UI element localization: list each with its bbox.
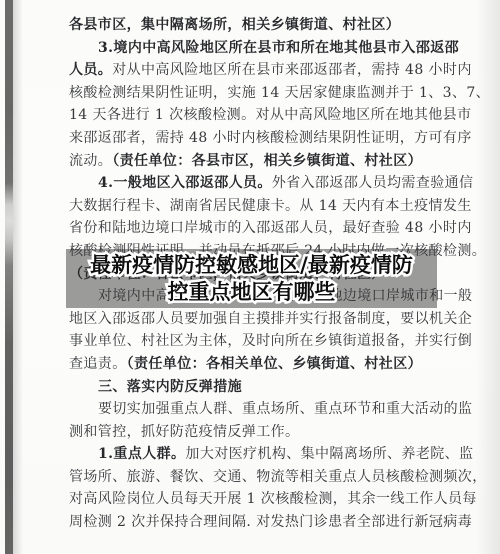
text-segment: （责任单位：各县市区，相关乡镇街道、村社区） xyxy=(112,153,422,169)
text-segment: 加大对医疗机构、集中隔离场所、养老院、监 xyxy=(185,446,473,462)
photo-left-edge-shadow xyxy=(13,0,23,554)
text-segment: 来邵返邵者，需持 48 小时内核酸检测结果阴性证明，方可有序 xyxy=(69,130,472,146)
headline-line-1-text: 最新疫情防控敏感地区/最新疫情防 xyxy=(90,253,413,277)
document-line: 三、落实内防反弹措施 xyxy=(69,376,453,399)
text-segment: 省份和陆地边境口岸城市的入邵返邵人员，最好查验 48 小时内 xyxy=(69,220,472,236)
text-segment: 各县市区，集中隔离场所，相关乡镇街道、村社区） xyxy=(69,17,400,33)
document-line: 大数据行程卡、湖南省居民健康卡。从 14 天内有本土疫情发生 xyxy=(69,195,453,218)
text-segment: 人员。 xyxy=(69,62,112,78)
document-line: 周检测 2 次并保持合理间隔. 对发热门诊患者全部进行新冠病毒 xyxy=(69,511,453,534)
headline-overlay: 最新疫情防控敏感地区/最新疫情防 最新疫情防控敏感地区/最新疫情防 控重点地区有… xyxy=(66,249,437,308)
document-line: 流动。（责任单位：各县市区，相关乡镇街道、村社区） xyxy=(69,150,453,173)
text-segment: 周检测 2 次并保持合理间隔. 对发热门诊患者全部进行新冠病毒 xyxy=(69,514,472,530)
text-segment: 测和管控，抓好防范疫情反弹工作。 xyxy=(69,424,299,440)
text-segment: （责任单位：各相关单位、乡镇街道、村社区） xyxy=(127,356,422,372)
text-segment: 核酸检测结果阴性证明，实施 14 天居家健康监测并于 1、3、7、 xyxy=(69,85,490,101)
text-segment: 地区入邵返邵人员要加强自主摸排并实行报备制度，要以机关企 xyxy=(69,311,472,327)
document-line: 核酸检测结果阴性证明，实施 14 天居家健康监测并于 1、3、7、 xyxy=(69,82,453,105)
text-segment: 4.一般地区入邵返邵人员。 xyxy=(98,175,272,191)
text-segment: 事业单位、村社区为主体，及时向所在乡镇街道报备，并实行倒 xyxy=(69,333,472,349)
document-line: 4.一般地区入邵返邵人员。外省入邵返邵人员均需查验通信 xyxy=(69,172,453,195)
text-segment: 管场所、旅游、餐饮、交通、物流等相关重点人员核酸检测频次， xyxy=(69,469,487,485)
document-line: 要切实加强重点人群、重点场所、重点环节和重大活动的监 xyxy=(69,398,453,421)
text-segment: 对从中高风险地区所在县市来邵返邵者，需持 48 小时内 xyxy=(112,62,472,78)
text-segment: 流动。 xyxy=(69,153,112,169)
headline-line-2: 控重点地区有哪些 控重点地区有哪些 xyxy=(66,278,437,306)
document-line: 对高风险岗位人员每天开展 1 次核酸检测，其余一线工作人员每 xyxy=(69,488,453,511)
document-line: 管场所、旅游、餐饮、交通、物流等相关重点人员核酸检测频次， xyxy=(69,466,453,489)
text-segment: 对高风险岗位人员每天开展 1 次核酸检测，其余一线工作人员每 xyxy=(69,491,477,507)
headline-line-1: 最新疫情防控敏感地区/最新疫情防 最新疫情防控敏感地区/最新疫情防 xyxy=(66,251,437,279)
document-line: 事业单位、村社区为主体，及时向所在乡镇街道报备，并实行倒 xyxy=(69,330,453,353)
text-segment: 1.重点人群。 xyxy=(98,446,185,462)
document-line: 各县市区，集中隔离场所，相关乡镇街道、村社区） xyxy=(69,14,453,37)
document-line: 14 天各进行 1 次核酸检测。对从中高风险地区所在地其他县市 xyxy=(69,104,453,127)
text-segment: 3.境内中高风险地区所在县市和所在地其他县市入邵返邵 xyxy=(98,40,459,56)
text-segment: 查追责。 xyxy=(69,356,127,372)
document-photo: 各县市区，集中隔离场所，相关乡镇街道、村社区）3.境内中高风险地区所在县市和所在… xyxy=(0,0,500,554)
document-line: 人员。对从中高风险地区所在县市来邵返邵者，需持 48 小时内 xyxy=(69,59,453,82)
photo-left-edge xyxy=(5,0,13,554)
document-line: 1.重点人群。加大对医疗机构、集中隔离场所、养老院、监 xyxy=(69,443,453,466)
text-segment: 外省入邵返邵人员均需查验通信 xyxy=(272,175,474,191)
document-line: 地区入邵返邵人员要加强自主摸排并实行报备制度，要以机关企 xyxy=(69,308,453,331)
headline-line-2-text: 控重点地区有哪些 xyxy=(168,280,336,304)
document-line: 省份和陆地边境口岸城市的入邵返邵人员，最好查验 48 小时内 xyxy=(69,217,453,240)
text-segment: 14 天各进行 1 次核酸检测。对从中高风险地区所在地其他县市 xyxy=(69,107,471,123)
text-segment: 要切实加强重点人群、重点场所、重点环节和重大活动的监 xyxy=(98,401,472,417)
text-segment: 大数据行程卡、湖南省居民健康卡。从 14 天内有本土疫情发生 xyxy=(69,198,472,214)
document-line: 查追责。（责任单位：各相关单位、乡镇街道、村社区） xyxy=(69,353,453,376)
document-line: 来邵返邵者，需持 48 小时内核酸检测结果阴性证明，方可有序 xyxy=(69,127,453,150)
document-line: 测和管控，抓好防范疫情反弹工作。 xyxy=(69,421,453,444)
text-segment: 三、落实内防反弹措施 xyxy=(98,379,242,395)
document-line: 3.境内中高风险地区所在县市和所在地其他县市入邵返邵 xyxy=(69,37,453,60)
